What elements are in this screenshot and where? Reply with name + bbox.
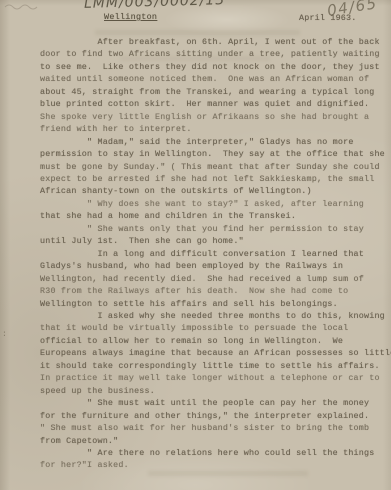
typed-line: " She wants only that you find her permi… [40, 223, 391, 235]
typed-line: blue printed cotton skirt. Her manner wa… [40, 98, 391, 110]
typed-line: Europeans always imagine that because an… [40, 347, 391, 359]
typed-line: expect to be arrested if she had not lef… [40, 173, 391, 185]
typed-line: friend with her to interpret. [40, 123, 391, 135]
typed-line: " She must also wait for her husband's s… [40, 422, 391, 434]
typed-body-text: After breakfast, on 6th. April, I went o… [40, 36, 391, 472]
typed-line: official to allow her to remain so long … [40, 335, 391, 347]
typed-line: for her?"I asked. [40, 459, 391, 471]
typed-line: permission to stay in Wellington. They s… [40, 148, 391, 160]
typed-line: that it would be virtually impossible to… [40, 322, 391, 334]
handwritten-archive-reference: LMM/003/0002/13 [84, 0, 226, 12]
typed-line: until July 1st. Then she can go home." [40, 235, 391, 247]
typed-line: " She must wait until the people can pay… [40, 397, 391, 409]
margin-pencil-mark: : [2, 330, 7, 339]
typed-line: must be gone by Sunday." ( This meant th… [40, 161, 391, 173]
typed-line: waited until someone noticed them. One w… [40, 73, 391, 85]
typed-line: " Are there no relations here who could … [40, 447, 391, 459]
typed-line: R30 from the Railways after his death. N… [40, 285, 391, 297]
typed-line: " Why does she want to stay?" I asked, a… [40, 198, 391, 210]
typed-line: " Madam," said the interpreter," Gladys … [40, 136, 391, 148]
typed-line: Wellington to settle his affairs and sel… [40, 298, 391, 310]
typed-line: African shanty-town on the outskirts of … [40, 185, 391, 197]
typed-line: Wellington, had recently died. She had r… [40, 273, 391, 285]
typed-line: that she had a home and children in the … [40, 210, 391, 222]
page-title: Wellington [104, 12, 157, 22]
ink-bleed-through [95, 30, 300, 35]
typed-line: I asked why she needed three months to d… [40, 310, 391, 322]
typed-line: speed up the business. [40, 385, 391, 397]
typed-line: from Capetown." [40, 435, 391, 447]
typed-line: She spoke very little English or Afrikaa… [40, 111, 391, 123]
typed-line: After breakfast, on 6th. April, I went o… [40, 36, 391, 48]
typed-line: about 45, straight from the Transkei, an… [40, 86, 391, 98]
typed-line: door to find two Africans sitting under … [40, 48, 391, 60]
typed-line: In a long and difficult conversation I l… [40, 248, 391, 260]
typed-line: Gladys's husband, who had been employed … [40, 260, 391, 272]
typed-line: it should take correspondingly little ti… [40, 360, 391, 372]
pencil-squiggle-mark [3, 1, 43, 11]
typed-line: for the furniture and other things," the… [40, 410, 391, 422]
page-date: April 1963. [299, 13, 356, 23]
scanned-typescript-page: LMM/003/0002/13 04/65 Wellington April 1… [0, 0, 391, 490]
typed-line: In practice it may well take longer with… [40, 372, 391, 384]
typed-line: to see me. Like others they did not knoc… [40, 61, 391, 73]
